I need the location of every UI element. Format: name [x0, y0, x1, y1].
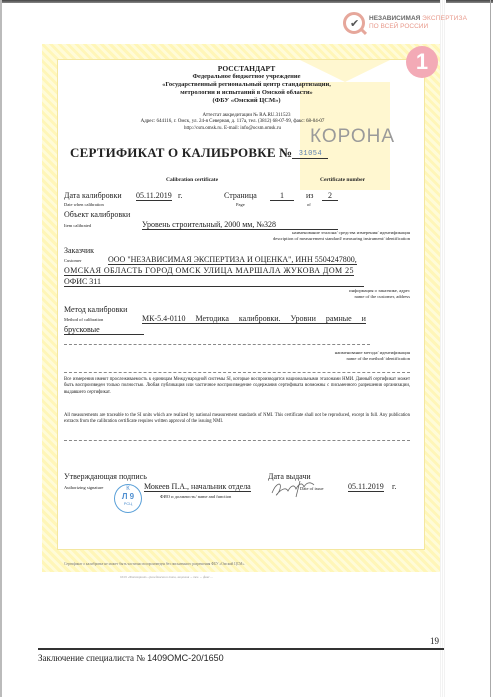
magnifier-check-icon: ✔ [343, 12, 365, 34]
watermark-logo: ✔ НЕЗАВИСИМАЯ ЭКСПЕРТИЗА ПО ВСЕЙ РОССИИ [343, 12, 467, 34]
object-value: Уровень строительный, 2000 мм, №328 [142, 220, 338, 230]
printer-line: ООО «Фотопринт» гражданского типа, лицен… [120, 575, 213, 579]
certificate-number: 31054 [292, 150, 328, 159]
issue-date: 05.11.2019 [348, 482, 384, 492]
calibration-date: 05.11.2019 [136, 191, 172, 201]
website-email: http://csm.omsk.ru. E-mail: info@ocsm.om… [0, 126, 479, 132]
year-suffix: г. [178, 191, 182, 200]
signer-note: ФИО и должность/ name and function [160, 494, 231, 499]
sign-label: Утверждающая подпись [64, 472, 147, 481]
customer-line1: ООО "НЕЗАВИСИМАЯ ЭКСПЕРТИЗА И ОЦЕНКА", И… [108, 255, 357, 265]
date-label: Дата калибровки [64, 191, 122, 200]
of-label: из [306, 191, 313, 200]
header-line5: (ФБУ «Омский ЦСМ») [0, 97, 493, 105]
conclusion-number: 1409ОМС-20/1650 [147, 653, 224, 663]
header-org: РОССТАНДАРТ [0, 64, 493, 73]
method-line2: брусковые [64, 325, 144, 335]
method-blank-line [64, 344, 370, 345]
header-line3: «Государственный региональный центр стан… [0, 81, 493, 89]
subtitle-en: Calibration certificate [166, 177, 218, 183]
date-label-en: Date when calibration [64, 202, 104, 207]
customer-note-en: name of the customer, address [354, 294, 410, 300]
number-en: Certificate number [320, 177, 365, 183]
watermark-brand-text: НЕЗАВИСИМАЯ ЭКСПЕРТИЗА ПО ВСЕЙ РОССИИ [369, 15, 467, 31]
page-label-en: Page [236, 202, 245, 207]
method-label: Метод калибровки [64, 305, 127, 314]
separator-bottom [64, 440, 410, 441]
certificate-title: СЕРТИФИКАТ О КАЛИБРОВКЕ №31054 [70, 145, 328, 161]
object-label: Объект калибровки [64, 210, 130, 219]
page-label: Страница [224, 191, 257, 200]
customer-line3: ОФИС 311 [64, 277, 364, 287]
method-label-en: Method of calibration [64, 317, 103, 322]
of-value: 2 [322, 191, 338, 201]
object-note-en: description of measurement standard/ mea… [273, 236, 410, 242]
footnote: Сертификат о калибровке не может быть ча… [64, 562, 245, 566]
of-label-en: of [307, 202, 311, 207]
header-line4: метрологии и испытаний в Омской области» [0, 89, 493, 97]
conclusion-reference: Заключение специалиста № 1409ОМС-20/1650 [38, 653, 224, 663]
customer-label-en: Customer [64, 258, 82, 263]
issue-year-suffix: г. [392, 482, 396, 491]
object-label-en: Item calibrated [64, 223, 91, 228]
stamp-bottom: РСЦ [115, 501, 141, 506]
address: Адрес: 644116, г. Омск, ул. 24-я Северна… [0, 119, 479, 125]
conclusion-label: Заключение специалиста № [38, 653, 145, 663]
traceability-en: All measurements are traceable to the SI… [64, 413, 410, 426]
method-line1: МК-5.4-0110 Методика калибровки. Уровни … [142, 314, 366, 324]
separator-top [64, 372, 410, 373]
handwritten-signature [270, 479, 316, 499]
page-number: 19 [430, 636, 439, 646]
footer-rule [38, 648, 444, 650]
customer-line2: ОМСКАЯ ОБЛАСТЬ ГОРОД ОМСК УЛИЦА МАРШАЛА … [64, 266, 354, 276]
signer-name: Мокеев П.А., начальник отдела [144, 482, 251, 492]
traceability-ru: Все измерения имеют прослеживаемость к е… [64, 377, 410, 396]
method-note-en: name of the method/ identification [346, 356, 410, 362]
stamp-seal: К Л 9 РСЦ [114, 484, 142, 513]
stamp-mid: Л 9 [115, 493, 141, 501]
customer-label: Заказчик [64, 246, 94, 255]
sign-label-en: Authorizing signature [64, 485, 103, 490]
page-value: 1 [270, 191, 294, 201]
header-line2: Федеральное бюджетное учреждение [0, 73, 493, 81]
page-top-edge [0, 0, 493, 3]
